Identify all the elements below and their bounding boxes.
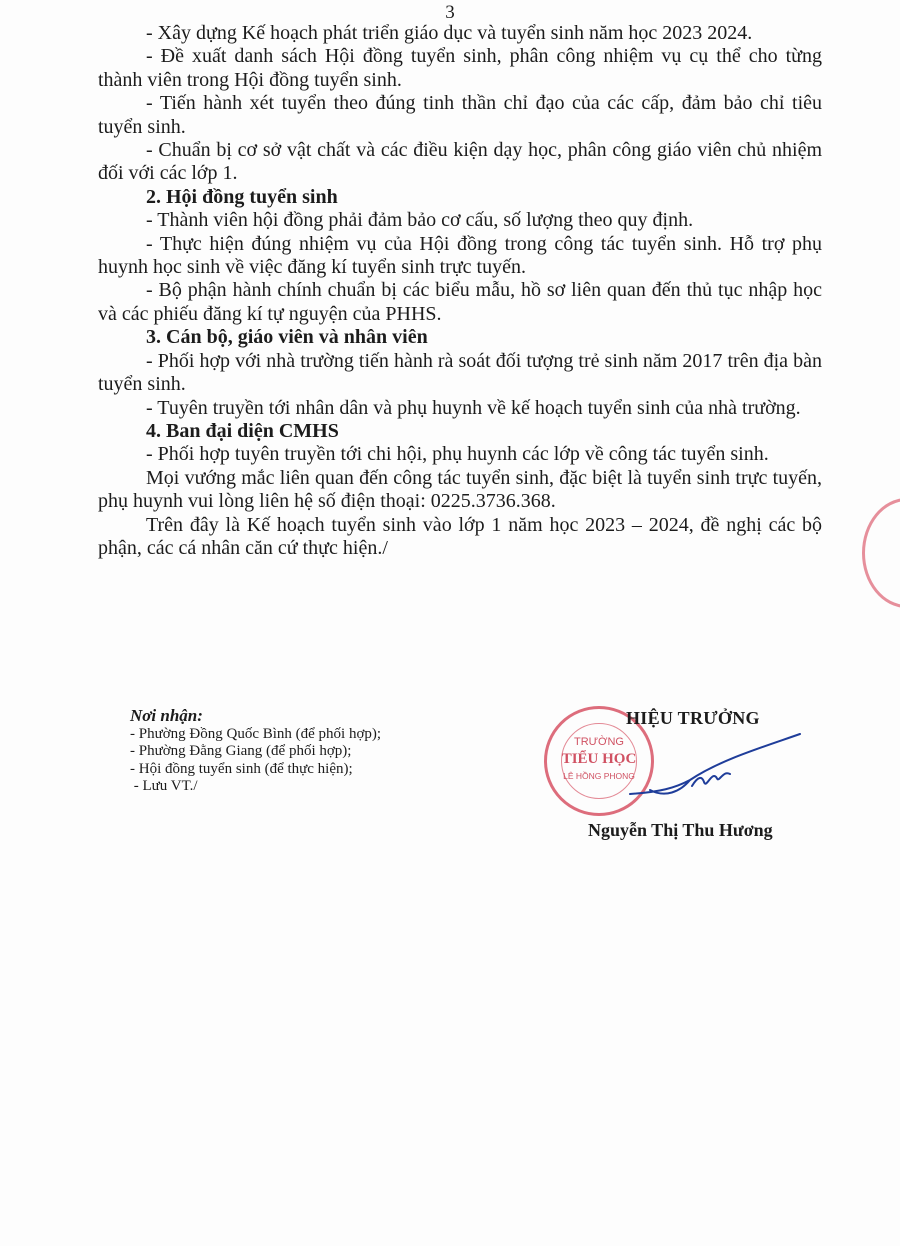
- recipient-item: - Phường Đằng Giang (để phối hợp);: [130, 743, 381, 761]
- signer-role: HIỆU TRƯỞNG: [626, 708, 760, 729]
- recipient-item: - Phường Đồng Quốc Bình (để phối hợp);: [130, 726, 381, 744]
- document-body: - Xây dựng Kế hoạch phát triển giáo dục …: [98, 22, 822, 560]
- page-number: 3: [0, 2, 900, 24]
- recipient-item: - Lưu VT./: [130, 778, 381, 796]
- paragraph: - Thành viên hội đồng phải đảm bảo cơ cấ…: [98, 209, 822, 232]
- paragraph: - Bộ phận hành chính chuẩn bị các biểu m…: [98, 279, 822, 326]
- paragraph: Mọi vướng mắc liên quan đến công tác tuy…: [98, 467, 822, 514]
- signer-name: Nguyễn Thị Thu Hương: [588, 820, 773, 841]
- handwritten-signature-icon: [620, 730, 820, 810]
- paragraph: - Phối hợp với nhà trường tiến hành rà s…: [98, 350, 822, 397]
- signature-block: TRƯỜNG TIỂU HỌC LÊ HỒNG PHONG HIỆU TRƯỞN…: [540, 700, 830, 860]
- paragraph: - Phối hợp tuyên truyền tới chi hội, phụ…: [98, 443, 822, 466]
- section-heading: 2. Hội đồng tuyển sinh: [98, 186, 822, 209]
- section-heading: 4. Ban đại diện CMHS: [98, 420, 822, 443]
- recipients-title: Nơi nhận:: [130, 707, 381, 725]
- paragraph: - Đề xuất danh sách Hội đồng tuyển sinh,…: [98, 45, 822, 92]
- paragraph: Trên đây là Kế hoạch tuyển sinh vào lớp …: [98, 514, 822, 561]
- paragraph: - Tuyên truyền tới nhân dân và phụ huynh…: [98, 397, 822, 420]
- paragraph: - Tiến hành xét tuyển theo đúng tinh thầ…: [98, 92, 822, 139]
- paragraph: - Chuẩn bị cơ sở vật chất và các điều ki…: [98, 139, 822, 186]
- page-edge-seal-icon: [862, 498, 900, 608]
- paragraph: - Xây dựng Kế hoạch phát triển giáo dục …: [98, 22, 822, 45]
- document-page: 3 - Xây dựng Kế hoạch phát triển giáo dụ…: [0, 0, 900, 1246]
- section-heading: 3. Cán bộ, giáo viên và nhân viên: [98, 326, 822, 349]
- recipient-item: - Hội đồng tuyển sinh (để thực hiện);: [130, 761, 381, 779]
- recipients-block: Nơi nhận: - Phường Đồng Quốc Bình (để ph…: [130, 707, 381, 796]
- paragraph: - Thực hiện đúng nhiệm vụ của Hội đồng t…: [98, 233, 822, 280]
